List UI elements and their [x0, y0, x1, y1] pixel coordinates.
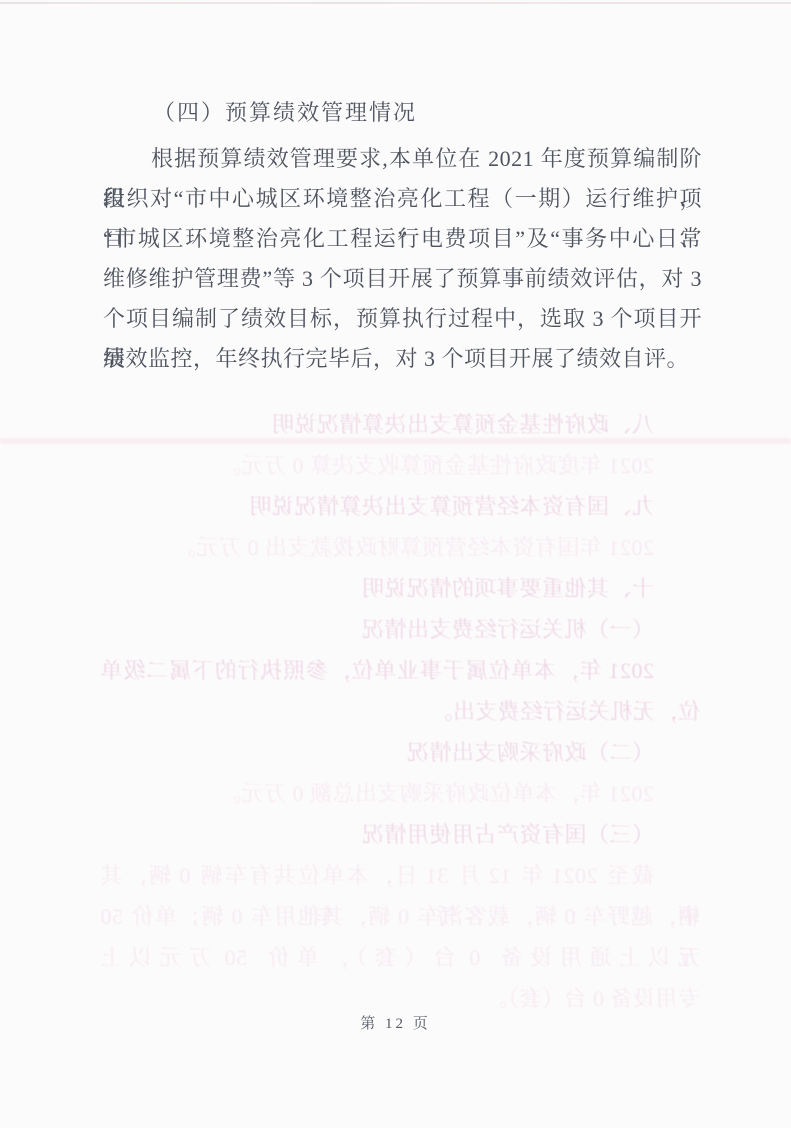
bleedthrough-text-line: （一）机关运行经费支出情况 [100, 609, 700, 650]
bleedthrough-text-line: 2021 年，本单位政府采购支出总额 0 万元。 [100, 773, 700, 814]
scan-artifact-pink-streak [0, 438, 791, 444]
section-heading: （四）预算绩效管理情况 [103, 99, 700, 127]
bleedthrough-text-line: 十、其他重要事项的情况说明 [100, 568, 700, 609]
body-text-line: 绩效监控，年终执行完毕后，对 3 个项目开展了绩效自评。 [103, 339, 702, 379]
bleedthrough-text-line: （三）国有资产占用使用情况 [100, 814, 700, 855]
page-number: 第 12 页 [0, 1012, 791, 1033]
bleedthrough-text-block: 八、政府性基金预算支出决算情况说明2021 年度政府性基金预算收支决算 0 万元… [100, 404, 700, 1019]
bleedthrough-text-line: 位，无机关运行经费支出。 [100, 691, 700, 732]
bleedthrough-text-line: 九、国有资本经营预算支出决算情况说明 [100, 486, 700, 527]
body-paragraph: 根据预算绩效管理要求,本单位在 2021 年度预算编制阶段，组织对“市中心城区环… [103, 139, 702, 379]
bleedthrough-text-line: 截至 2021 年 12 月 31 日，本单位共有车辆 0 辆，其中：轿车 0 [100, 855, 700, 896]
bleedthrough-text-line: 2021 年度政府性基金预算收支决算 0 万元。 [100, 445, 700, 486]
bleedthrough-text-line: 元以上通用设备 0 台（套），单价 50 万元以上 [100, 937, 700, 978]
body-text-line: 根据预算绩效管理要求,本单位在 2021 年度预算编制阶段， [103, 139, 702, 179]
scan-artifact-top-edge [0, 2, 791, 4]
body-text-line: 组织对“市中心城区环境整治亮化工程（一期）运行维护项目”、 [103, 179, 702, 219]
bleedthrough-text-line: （二）政府采购支出情况 [100, 732, 700, 773]
bleedthrough-text-line: 2021 年，本单位属于事业单位，参照执行的下属二级单 [100, 650, 700, 691]
bleedthrough-text-line: 2021 年国有资本经营预算财政拨款支出 0 万元。 [100, 527, 700, 568]
body-text-line: “市城区环境整治亮化工程运行电费项目”及“事务中心日常 [103, 219, 702, 259]
bleedthrough-text-line: 辆，越野车 0 辆，载客汽车 0 辆，其他用车 0 辆；单价 50 万 [100, 896, 700, 937]
body-text-line: 维修维护管理费”等 3 个项目开展了预算事前绩效评估，对 3 [103, 259, 702, 299]
body-text-line: 个项目编制了绩效目标，预算执行过程中，选取 3 个项目开展 [103, 299, 702, 339]
